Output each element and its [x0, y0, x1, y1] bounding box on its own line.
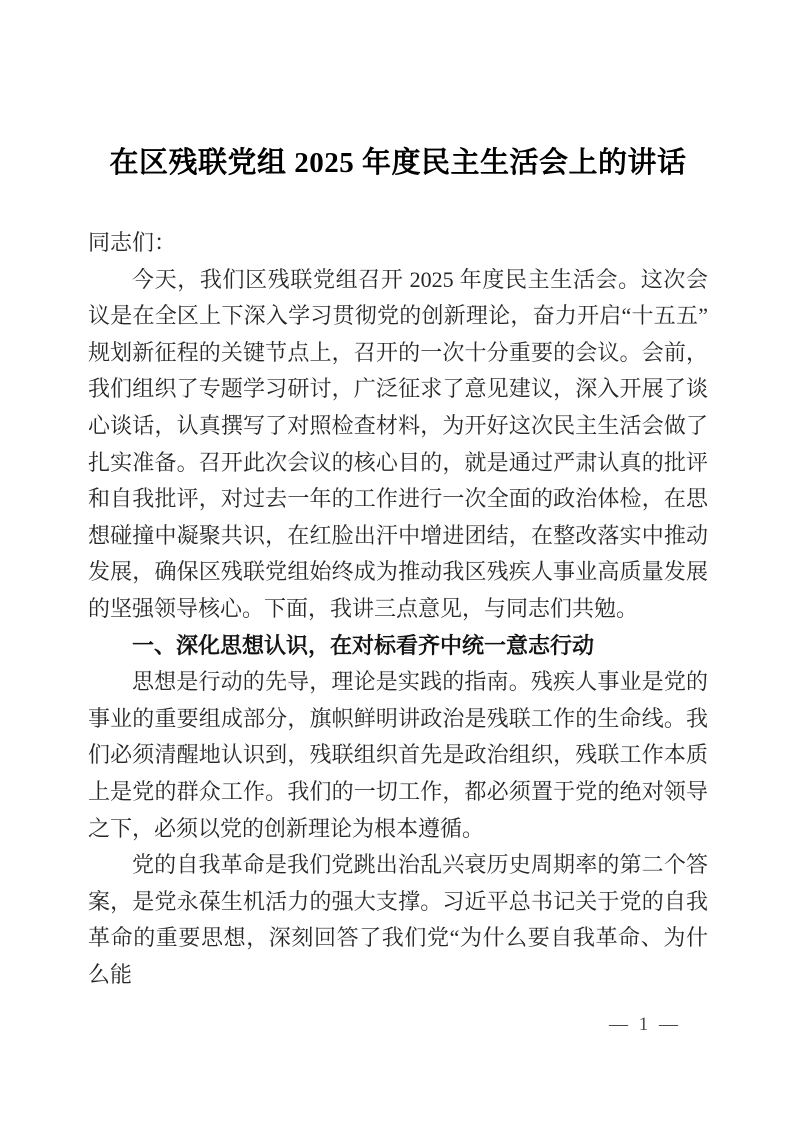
- page-number: — 1 —: [609, 1012, 681, 1038]
- document-page: 在区残联党组 2025 年度民主生活会上的讲话 同志们： 今天，我们区残联党组召…: [0, 0, 793, 1122]
- salutation-line: 同志们：: [88, 225, 708, 262]
- paragraph-section1-a: 思想是行动的先导，理论是实践的指南。残疾人事业是党的事业的重要组成部分，旗帜鲜明…: [88, 664, 708, 847]
- section-heading-1: 一、深化思想认识，在对标看齐中统一意志行动: [88, 628, 708, 665]
- paragraph-section1-b: 党的自我革命是我们党跳出治乱兴衰历史周期率的第二个答案，是党永葆生机活力的强大支…: [88, 847, 708, 993]
- paragraph-opening: 今天，我们区残联党组召开 2025 年度民主生活会。这次会议是在全区上下深入学习…: [88, 262, 708, 628]
- document-content: 在区残联党组 2025 年度民主生活会上的讲话 同志们： 今天，我们区残联党组召…: [88, 143, 708, 993]
- document-title: 在区残联党组 2025 年度民主生活会上的讲话: [88, 143, 708, 183]
